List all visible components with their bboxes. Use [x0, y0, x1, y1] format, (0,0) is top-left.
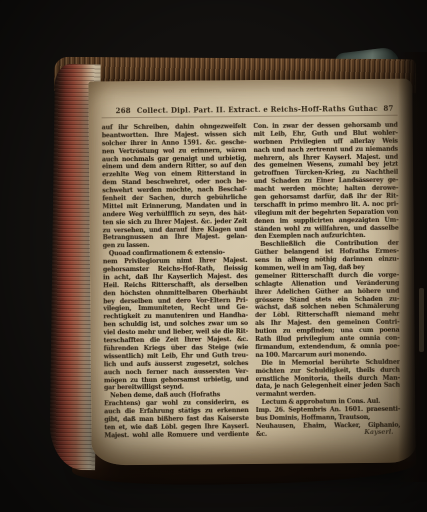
header-page-number: 268 [116, 106, 131, 115]
gutter-shadow [398, 52, 427, 482]
text-line: Majest. wohl alle Romuere und verdiente [104, 431, 249, 440]
facing-page-sliver [419, 288, 424, 352]
book-photo-scene: 268 Collect. Dipl. Part. II. Extract. e … [0, 0, 427, 512]
text-columns: auf ihr Schreiben, dahin ohngezweifeltbe… [102, 122, 401, 440]
catchword: Kayserl. [364, 428, 393, 436]
header-title: Collect. Dipl. Part. II. Extract. e Reic… [137, 104, 378, 115]
page-header: 268 Collect. Dipl. Part. II. Extract. e … [102, 104, 398, 119]
header-folio-number: 87 [383, 104, 393, 113]
page-content: 268 Collect. Dipl. Part. II. Extract. e … [88, 79, 415, 466]
text-line: data, je nach Gelegenheit einer jeden Sa… [255, 382, 400, 391]
text-column-right: Con. in zwar der dessen gehorsamb undmit… [253, 122, 400, 439]
text-column-left: auf ihr Schreiben, dahin ohngezweifeltbe… [102, 123, 249, 440]
open-page: 268 Collect. Dipl. Part. II. Extract. e … [88, 79, 415, 466]
